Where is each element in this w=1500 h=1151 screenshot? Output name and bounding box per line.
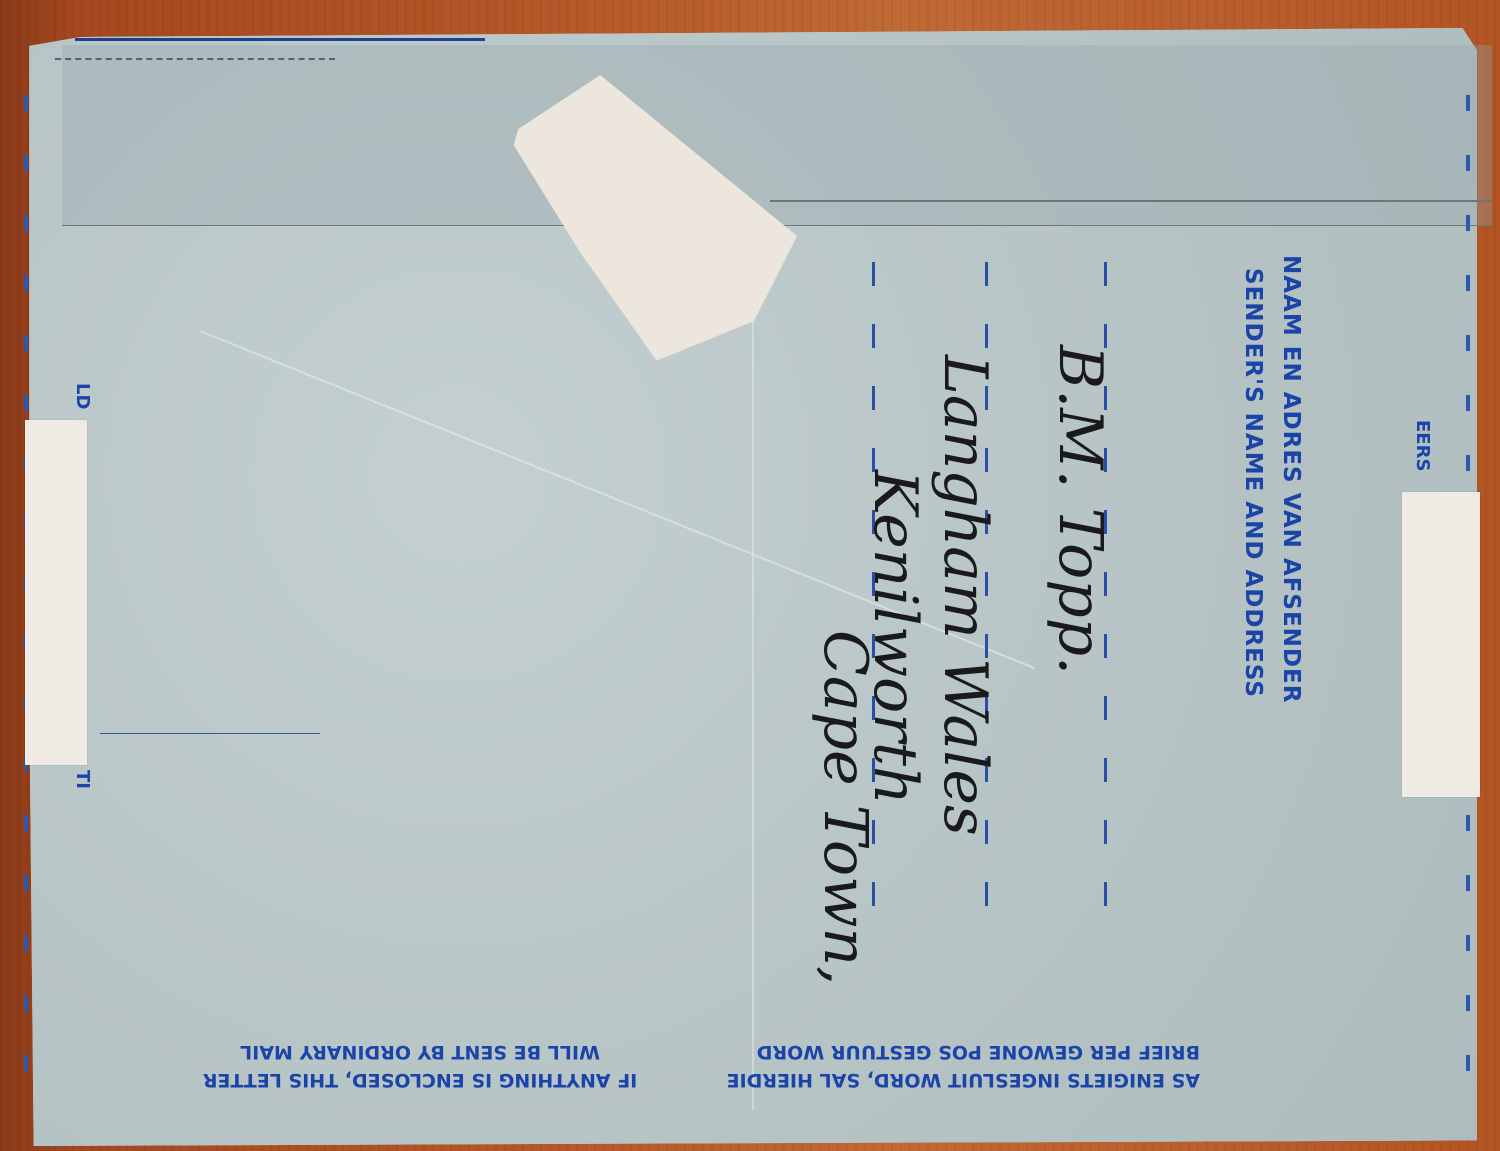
left-edge-partial-text-top: LD [72, 383, 93, 409]
flap-edge [770, 200, 1492, 202]
left-tape-strip [25, 420, 87, 765]
right-tape-strip [1402, 492, 1480, 797]
top-blue-rule [75, 38, 485, 41]
enclosure-notice-english: IF ANYTHING IS ENCLOSED, THIS LETTER WIL… [140, 1038, 700, 1094]
inner-blue-rule [100, 733, 320, 734]
handwritten-address-line-3: Cape Town, [810, 630, 880, 985]
sender-label-afrikaans: NAAM EN ADRES VAN AFSENDER [1276, 255, 1306, 703]
notice-afr-line-1: AS ENIGIETS INGESLUIT WORD, SAL HIERDIE [800, 1066, 1200, 1094]
notice-afr-line-2: BRIEF PER GEWONE POS GESTUUR WORD [800, 1038, 1200, 1066]
notice-en-line-1: IF ANYTHING IS ENCLOSED, THIS LETTER [140, 1066, 700, 1094]
notice-en-line-2: WILL BE SENT BY ORDINARY MAIL [140, 1038, 700, 1066]
folded-flap [62, 45, 1492, 226]
left-edge-partial-text-bottom: TI [72, 770, 93, 789]
center-fold-line [752, 230, 754, 1110]
handwritten-sender-name: B.M. Topp. [1045, 345, 1115, 675]
sender-label-english: SENDER'S NAME AND ADDRESS [1238, 268, 1268, 698]
right-edge-partial-text: EERS [1412, 420, 1433, 471]
enclosure-notice-afrikaans: AS ENIGIETS INGESLUIT WORD, SAL HIERDIE … [800, 1038, 1200, 1094]
handwritten-address-line-1: Langham Wales [930, 355, 1000, 836]
top-dashed-rule [55, 58, 335, 60]
